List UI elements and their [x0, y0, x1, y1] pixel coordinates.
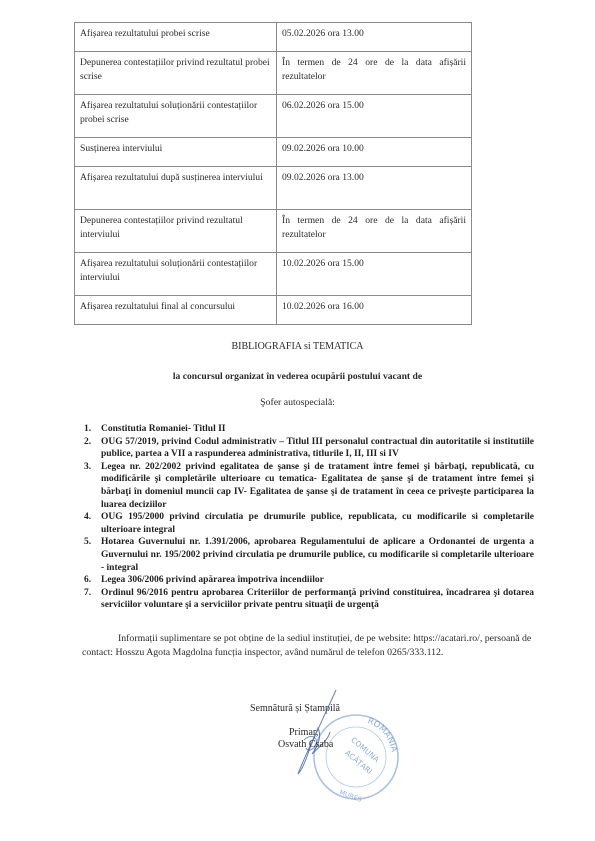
table-row: Afișarea rezultatului soluționării conte…: [75, 253, 472, 296]
svg-text:MUREȘ: MUREȘ: [338, 788, 362, 802]
schedule-step: Afișarea rezultatului după susținerea in…: [75, 167, 277, 210]
schedule-step: Afișarea rezultatului soluționării conte…: [75, 95, 277, 138]
item-text: Legea 306/2006 privind apărarea împotriv…: [101, 575, 324, 585]
schedule-time: 10.02.2026 ora 15.00: [277, 253, 472, 296]
contact-info: Informații suplimentare se pot obține de…: [82, 632, 542, 660]
item-text: OUG 57/2019, privind Codul administrativ…: [101, 437, 534, 460]
schedule-time: În termen de 24 ore de la data afișării …: [277, 52, 472, 95]
schedule-step: Afișarea rezultatului final al concursul…: [75, 296, 277, 325]
signatory-role: Primar,: [289, 727, 318, 738]
list-item: 1.Constitutia Romaniei- Titlul II: [84, 423, 534, 436]
schedule-step: Afișarea rezultatului soluționării conte…: [75, 253, 277, 296]
schedule-step: Susținerea interviului: [75, 138, 277, 167]
item-number: 5.: [84, 536, 91, 549]
table-row: Afișarea rezultatului soluționării conte…: [75, 95, 472, 138]
table-row: Afișarea rezultatului final al concursul…: [75, 296, 472, 325]
bibliography-title: BIBLIOGRAFIA si TEMATICA: [0, 341, 595, 352]
item-text: Legea nr. 202/2002 privind egalitatea de…: [101, 462, 534, 510]
list-item: 4.OUG 195/2000 privind circulatia pe dru…: [84, 511, 534, 536]
list-item: 2.OUG 57/2019, privind Codul administrat…: [84, 436, 534, 461]
table-row: Susținerea interviului 09.02.2026 ora 10…: [75, 138, 472, 167]
list-item: 6.Legea 306/2006 privind apărarea împotr…: [84, 574, 534, 587]
table-row: Afișarea rezultatului după susținerea in…: [75, 167, 472, 210]
schedule-step: Depunerea contestațiilor privind rezulta…: [75, 210, 277, 253]
item-text: Hotarea Guvernului nr. 1.391/2006, aprob…: [101, 537, 534, 572]
item-text: Ordinul 96/2016 pentru aprobarea Criteri…: [101, 588, 534, 611]
item-text: OUG 195/2000 privind circulatia pe drumu…: [101, 512, 534, 535]
list-item: 5.Hotarea Guvernului nr. 1.391/2006, apr…: [84, 536, 534, 574]
schedule-time: 10.02.2026 ora 16.00: [277, 296, 472, 325]
bibliography-list: 1.Constitutia Romaniei- Titlul II 2.OUG …: [84, 423, 534, 612]
schedule-time: 09.02.2026 ora 13.00: [277, 167, 472, 210]
position-title: Şofer autospecială:: [0, 397, 595, 408]
schedule-step: Depunerea contestațiilor privind rezulta…: [75, 52, 277, 95]
item-number: 3.: [84, 461, 91, 474]
list-item: 3.Legea nr. 202/2002 privind egalitatea …: [84, 461, 534, 511]
schedule-step: Afișarea rezultatului probei scrise: [75, 23, 277, 52]
table-row: Afișarea rezultatului probei scrise 05.0…: [75, 23, 472, 52]
schedule-time: 06.02.2026 ora 15.00: [277, 95, 472, 138]
item-number: 1.: [84, 423, 91, 436]
schedule-time: 05.02.2026 ora 13.00: [277, 23, 472, 52]
schedule-table: Afișarea rezultatului probei scrise 05.0…: [74, 22, 472, 325]
item-number: 2.: [84, 436, 91, 449]
item-number: 6.: [84, 574, 91, 587]
signatory-name: Osvath Csaba: [278, 739, 333, 750]
table-row: Depunerea contestațiilor privind rezulta…: [75, 52, 472, 95]
item-number: 7.: [84, 587, 91, 600]
schedule-time: 09.02.2026 ora 10.00: [277, 138, 472, 167]
item-number: 4.: [84, 511, 91, 524]
table-row: Depunerea contestațiilor privind rezulta…: [75, 210, 472, 253]
item-text: Constitutia Romaniei- Titlul II: [101, 424, 226, 434]
bibliography-subtitle: la concursul organizat în vederea ocupăr…: [0, 371, 595, 382]
schedule-time: În termen de 24 ore de la data afișării …: [277, 210, 472, 253]
list-item: 7.Ordinul 96/2016 pentru aprobarea Crite…: [84, 587, 534, 612]
